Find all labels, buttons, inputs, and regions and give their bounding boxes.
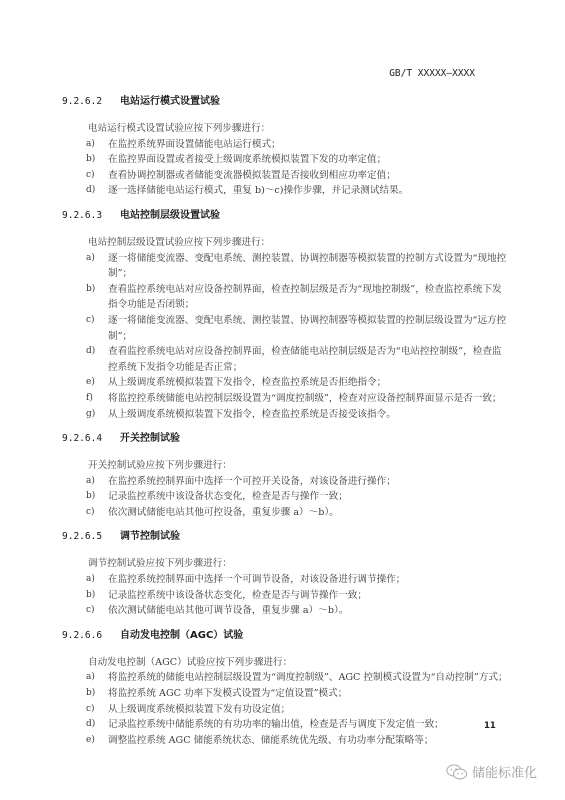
list-text: 逐一将储能变流器、变配电系统、测控装置、协调控制器等模拟装置的控制层级设置为“远…: [108, 313, 508, 344]
list-text: 记录监控系统中该设备状态变化，检查是否与调节操作一致；: [108, 588, 508, 604]
list-item: a)在监控系统控制界面中选择一个可调节设备，对该设备进行调节操作；: [62, 572, 508, 588]
watermark: 储能标准化: [446, 762, 537, 781]
list-item: b)记录监控系统中该设备状态变化，检查是否与调节操作一致；: [62, 588, 508, 604]
list-item: b)记录监控系统中该设备状态变化，检查是否与操作一致；: [62, 489, 508, 505]
list-item: a)在监控系统控制界面中选择一个可控开关设备，对该设备进行操作；: [62, 474, 508, 490]
list-item: d)查看监控系统电站对应设备控制界面，检查储能电站控制层级是否为“电站控控制级”…: [62, 344, 508, 375]
list-item: a)在监控系统界面设置储能电站运行模式；: [62, 137, 508, 153]
spacer: [62, 199, 508, 208]
section-heading: 9.2.6.6自动发电控制（AGC）试验: [62, 628, 508, 644]
list-marker: c): [62, 313, 108, 344]
list-marker: c): [62, 168, 108, 184]
list-item: a)逐一将储能变流器、变配电系统、测控装置、协调控制器等模拟装置的控制方式设置为…: [62, 251, 508, 282]
section-intro: 调节控制试验应按下列步骤进行：: [62, 556, 508, 572]
list-marker: a): [62, 670, 108, 686]
list-text: 依次测试储能电站其他可调节设备，重复步骤 a）～b）。: [108, 603, 508, 619]
list-text: 调整监控系统 AGC 储能系统状态、储能系统优先级、有功功率分配策略等；: [108, 733, 508, 749]
section-title: 电站运行模式设置试验: [120, 96, 220, 107]
section-intro: 电站控制层级设置试验应按下列步骤进行：: [62, 235, 508, 251]
list-item: f)将监控控系统储能电站控制层级设置为“调度控制级”，检查对应设备控制界面显示是…: [62, 391, 508, 407]
list-item: a)将监控系统的储能电站控制层级设置为“调度控制级”、AGC 控制模式设置为“自…: [62, 670, 508, 686]
section-heading: 9.2.6.5调节控制试验: [62, 529, 508, 545]
section-intro: 电站运行模式设置试验应按下列步骤进行：: [62, 121, 508, 137]
section-number: 9.2.6.3: [62, 208, 120, 224]
section-title: 自动发电控制（AGC）试验: [120, 630, 243, 641]
section-title: 开关控制试验: [120, 433, 180, 444]
list-marker: a): [62, 474, 108, 490]
list-text: 逐一选择储能电站运行模式，重复 b)～c)操作步骤，并记录测试结果。: [108, 183, 508, 199]
list-item: c)查看协调控制器或者储能变流器模拟装置是否接收到相应功率定值；: [62, 168, 508, 184]
section-number: 9.2.6.6: [62, 628, 120, 644]
spacer: [62, 422, 508, 431]
list-item: b)查看监控系统电站对应设备控制界面，检查控制层级是否为“现地控制级”，检查监控…: [62, 282, 508, 313]
list-item: c)逐一将储能变流器、变配电系统、测控装置、协调控制器等模拟装置的控制层级设置为…: [62, 313, 508, 344]
section-9-2-6-2: 9.2.6.2电站运行模式设置试验 电站运行模式设置试验应按下列步骤进行： a)…: [62, 94, 508, 199]
wechat-icon: [446, 764, 468, 780]
list-item: c)从上级调度系统模拟装置下发有功设定值；: [62, 702, 508, 718]
list-text: 逐一将储能变流器、变配电系统、测控装置、协调控制器等模拟装置的控制方式设置为“现…: [108, 251, 508, 282]
list-marker: f): [62, 391, 108, 407]
list-marker: b): [62, 686, 108, 702]
list-item: c)依次测试储能电站其他可控设备，重复步骤 a）～b）。: [62, 505, 508, 521]
list-text: 查看监控系统电站对应设备控制界面，检查控制层级是否为“现地控制级”，检查监控系统…: [108, 282, 508, 313]
list-item: g)从上级调度系统模拟装置下发指令，检查监控系统是否接受该指令。: [62, 407, 508, 423]
section-intro: 自动发电控制（AGC）试验应按下列步骤进行：: [62, 655, 508, 671]
spacer: [62, 619, 508, 628]
section-number: 9.2.6.2: [62, 94, 120, 110]
list-marker: a): [62, 137, 108, 153]
list-marker: d): [62, 344, 108, 375]
list-item: e)调整监控系统 AGC 储能系统状态、储能系统优先级、有功功率分配策略等；: [62, 733, 508, 749]
list-text: 记录监控系统中储能系统的有功功率的输出值，检查是否与调度下发定值一致；: [108, 717, 508, 733]
standard-code: GB/T XXXXX—XXXX: [389, 68, 475, 79]
list-item: d)记录监控系统中储能系统的有功功率的输出值，检查是否与调度下发定值一致；: [62, 717, 508, 733]
list-text: 记录监控系统中该设备状态变化，检查是否与操作一致；: [108, 489, 508, 505]
section-heading: 9.2.6.3电站控制层级设置试验: [62, 208, 508, 224]
list-text: 从上级调度系统模拟装置下发指令，检查监控系统是否接受该指令。: [108, 407, 508, 423]
list-text: 在监控界面设置或者接受上级调度系统模拟装置下发的功率定值；: [108, 152, 508, 168]
list-text: 将监控系统的储能电站控制层级设置为“调度控制级”、AGC 控制模式设置为“自动控…: [108, 670, 508, 686]
spacer: [62, 520, 508, 529]
list-text: 在监控系统控制界面中选择一个可控开关设备，对该设备进行操作；: [108, 474, 508, 490]
list-item: c)依次测试储能电站其他可调节设备，重复步骤 a）～b）。: [62, 603, 508, 619]
section-title: 调节控制试验: [120, 531, 180, 542]
list-text: 依次测试储能电站其他可控设备，重复步骤 a）～b）。: [108, 505, 508, 521]
section-9-2-6-5: 9.2.6.5调节控制试验 调节控制试验应按下列步骤进行： a)在监控系统控制界…: [62, 529, 508, 618]
list-marker: b): [62, 588, 108, 604]
list-text: 从上级调度系统模拟装置下发指令，检查监控系统是否拒绝指令；: [108, 375, 508, 391]
page-number: 11: [484, 721, 496, 731]
list-marker: c): [62, 702, 108, 718]
section-9-2-6-4: 9.2.6.4开关控制试验 开关控制试验应按下列步骤进行： a)在监控系统控制界…: [62, 431, 508, 520]
list-marker: e): [62, 733, 108, 749]
list-marker: b): [62, 282, 108, 313]
section-heading: 9.2.6.2电站运行模式设置试验: [62, 94, 508, 110]
list-marker: b): [62, 489, 108, 505]
list-text: 在监控系统界面设置储能电站运行模式；: [108, 137, 508, 153]
document-body: 9.2.6.2电站运行模式设置试验 电站运行模式设置试验应按下列步骤进行： a)…: [62, 94, 508, 748]
section-number: 9.2.6.4: [62, 431, 120, 447]
section-title: 电站控制层级设置试验: [120, 210, 220, 221]
list-text: 查看监控系统电站对应设备控制界面，检查储能电站控制层级是否为“电站控控制级”，检…: [108, 344, 508, 375]
section-intro: 开关控制试验应按下列步骤进行：: [62, 458, 508, 474]
list-marker: a): [62, 251, 108, 282]
list-text: 将监控控系统储能电站控制层级设置为“调度控制级”，检查对应设备控制界面显示是否一…: [108, 391, 508, 407]
list-marker: c): [62, 603, 108, 619]
list-item: e)从上级调度系统模拟装置下发指令，检查监控系统是否拒绝指令；: [62, 375, 508, 391]
list-item: b)将监控系统 AGC 功率下发模式设置为“定值设置”模式；: [62, 686, 508, 702]
list-marker: g): [62, 407, 108, 423]
section-9-2-6-3: 9.2.6.3电站控制层级设置试验 电站控制层级设置试验应按下列步骤进行： a)…: [62, 208, 508, 422]
section-9-2-6-6: 9.2.6.6自动发电控制（AGC）试验 自动发电控制（AGC）试验应按下列步骤…: [62, 628, 508, 749]
list-text: 将监控系统 AGC 功率下发模式设置为“定值设置”模式；: [108, 686, 508, 702]
section-heading: 9.2.6.4开关控制试验: [62, 431, 508, 447]
list-marker: a): [62, 572, 108, 588]
list-marker: d): [62, 183, 108, 199]
list-marker: c): [62, 505, 108, 521]
list-text: 查看协调控制器或者储能变流器模拟装置是否接收到相应功率定值；: [108, 168, 508, 184]
list-marker: b): [62, 152, 108, 168]
list-marker: e): [62, 375, 108, 391]
list-text: 从上级调度系统模拟装置下发有功设定值；: [108, 702, 508, 718]
list-item: b)在监控界面设置或者接受上级调度系统模拟装置下发的功率定值；: [62, 152, 508, 168]
watermark-text: 储能标准化: [472, 762, 537, 781]
list-item: d)逐一选择储能电站运行模式，重复 b)～c)操作步骤，并记录测试结果。: [62, 183, 508, 199]
list-text: 在监控系统控制界面中选择一个可调节设备，对该设备进行调节操作；: [108, 572, 508, 588]
section-number: 9.2.6.5: [62, 529, 120, 545]
list-marker: d): [62, 717, 108, 733]
